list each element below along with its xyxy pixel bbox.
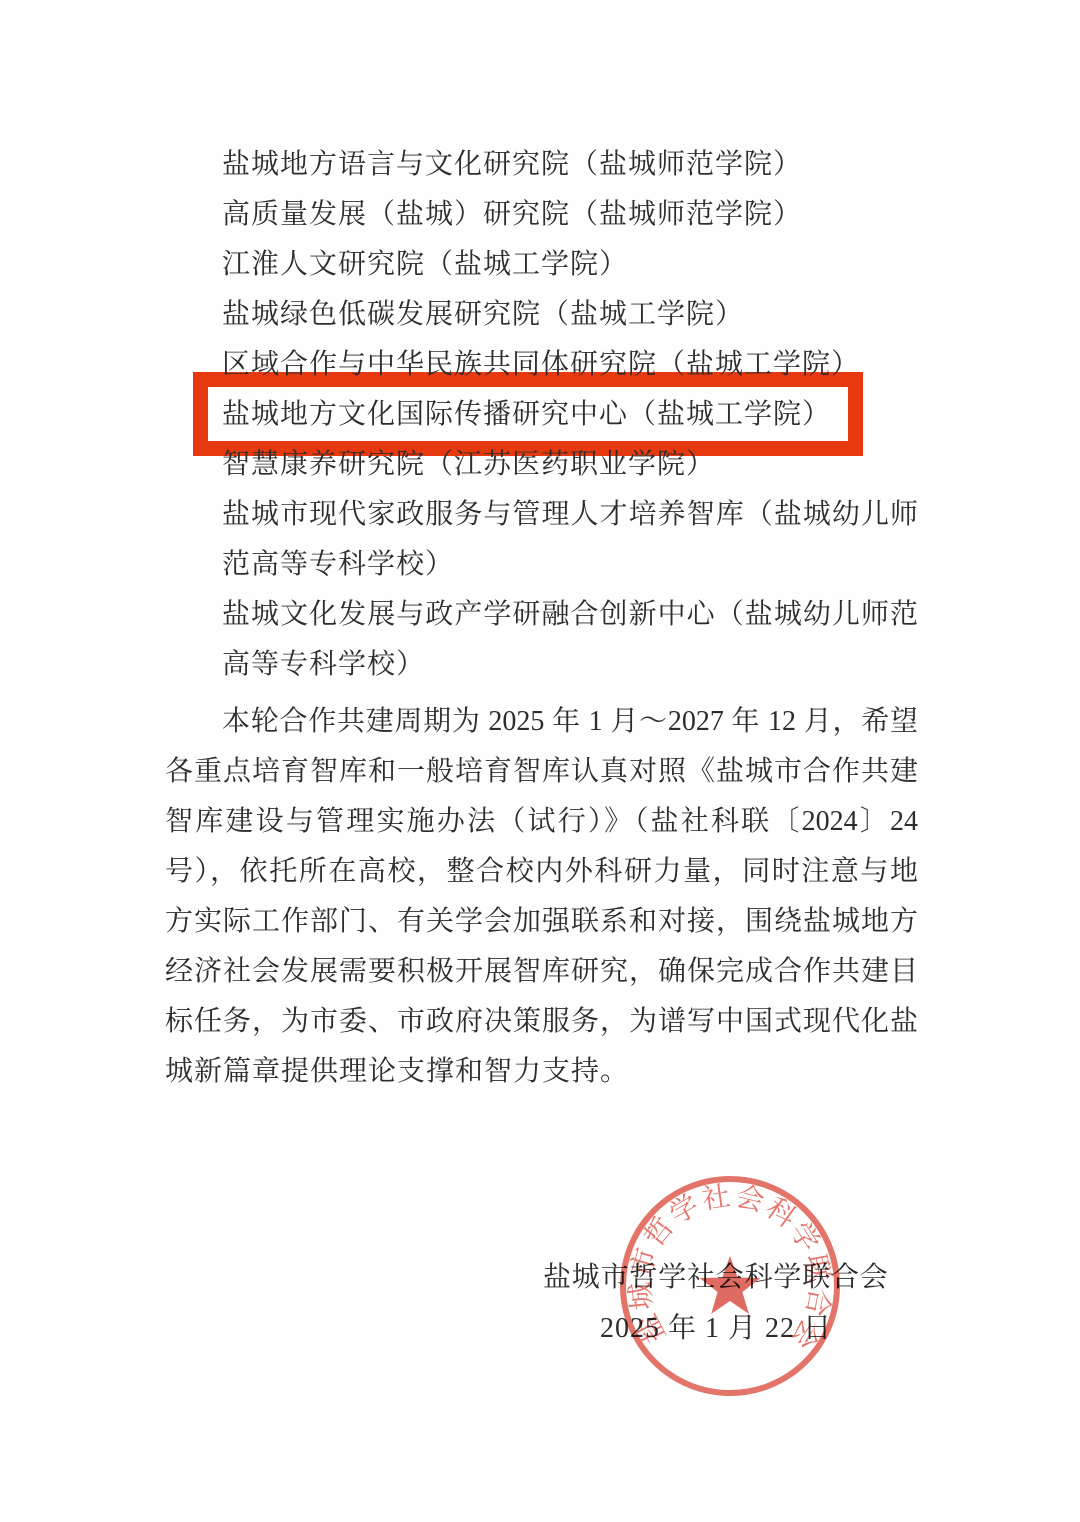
list-line: 盐城绿色低碳发展研究院（盐城工学院）	[222, 290, 922, 340]
list-line: 盐城文化发展与政产学研融合创新中心（盐城幼儿师范	[222, 590, 918, 640]
paragraph-line: 号），依托所在高校，整合校内外科研力量，同时注意与地	[165, 847, 918, 897]
paragraph-line: 各重点培育智库和一般培育智库认真对照《盐城市合作共建	[165, 747, 918, 797]
paragraph-line: 本轮合作共建周期为 2025 年 1 月～2027 年 12 月，希望	[165, 697, 918, 747]
list-line: 高等专科学校）	[222, 640, 922, 690]
body-paragraph: 本轮合作共建周期为 2025 年 1 月～2027 年 12 月，希望 各重点培…	[165, 697, 918, 1097]
paragraph-line: 标任务，为市委、市政府决策服务，为谱写中国式现代化盐	[165, 997, 918, 1047]
paragraph-line: 方实际工作部门、有关学会加强联系和对接，围绕盐城地方	[165, 897, 918, 947]
list-line: 智慧康养研究院（江苏医药职业学院）	[222, 440, 922, 490]
institute-list: 盐城地方语言与文化研究院（盐城师范学院） 高质量发展（盐城）研究院（盐城师范学院…	[222, 140, 922, 690]
official-seal: 盐城市哲学社会科学联合会	[614, 1170, 846, 1402]
paragraph-line: 智库建设与管理实施办法（试行）》（盐社科联〔2024〕24	[165, 797, 918, 847]
document-page: 盐城地方语言与文化研究院（盐城师范学院） 高质量发展（盐城）研究院（盐城师范学院…	[0, 0, 1080, 1522]
list-line: 江淮人文研究院（盐城工学院）	[222, 240, 922, 290]
star-icon	[700, 1256, 761, 1314]
list-line: 盐城地方语言与文化研究院（盐城师范学院）	[222, 140, 922, 190]
paragraph-line: 经济社会发展需要积极开展智库研究，确保完成合作共建目	[165, 947, 918, 997]
list-line: 范高等专科学校）	[222, 540, 922, 590]
list-line: 区域合作与中华民族共同体研究院（盐城工学院）	[222, 340, 922, 390]
paragraph-line: 城新篇章提供理论支撑和智力支持。	[165, 1047, 918, 1097]
list-line-highlighted: 盐城地方文化国际传播研究中心（盐城工学院）	[222, 390, 922, 440]
list-line: 高质量发展（盐城）研究院（盐城师范学院）	[222, 190, 922, 240]
list-line: 盐城市现代家政服务与管理人才培养智库（盐城幼儿师	[222, 490, 918, 540]
